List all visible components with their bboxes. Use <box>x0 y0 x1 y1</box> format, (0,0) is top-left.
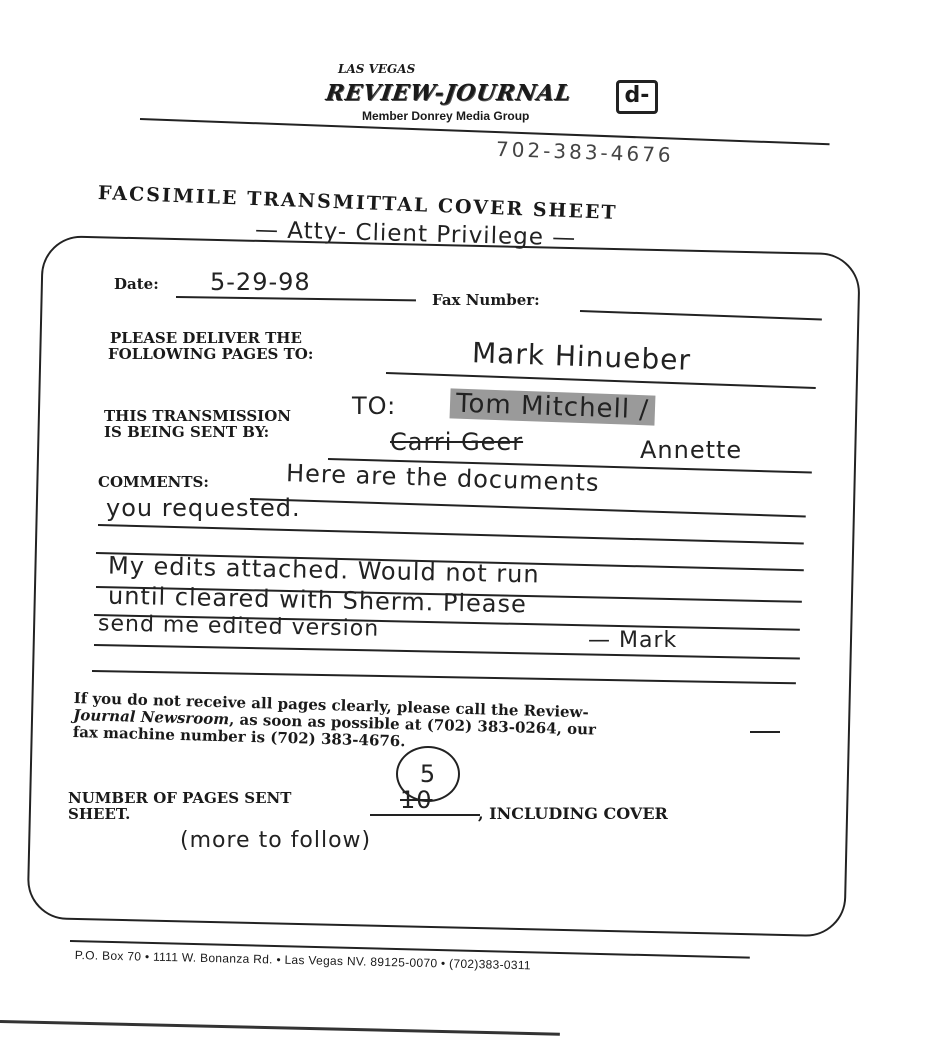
sender-label-line2: IS BEING SENT BY: <box>104 424 269 440</box>
comments-label: COMMENTS: <box>98 474 209 490</box>
sender-to-prefix: TO: <box>352 392 396 420</box>
date-label: Date: <box>114 276 159 292</box>
handwritten-phone: 702-383-4676 <box>496 137 674 167</box>
date-value[interactable]: 5-29-98 <box>210 268 311 296</box>
sender-struck-name: Carri Geer <box>390 428 523 456</box>
sender-value[interactable]: Annette <box>640 436 742 464</box>
notice-dash <box>750 731 780 733</box>
pages-note: (more to follow) <box>180 828 371 853</box>
scan-edge-line <box>0 1020 560 1036</box>
footer-address: P.O. Box 70 • 1111 W. Bonanza Rd. • Las … <box>75 948 531 972</box>
pages-struck-value[interactable]: 10 <box>400 786 433 814</box>
letterhead-city: LAS VEGAS <box>338 62 415 76</box>
deliver-label-line1: PLEASE DELIVER THE <box>110 330 302 346</box>
page-title: FACSIMILE TRANSMITTAL COVER SHEET <box>98 182 618 224</box>
fax-number-label: Fax Number: <box>432 292 540 308</box>
deliver-label-line2: FOLLOWING PAGES TO: <box>108 346 313 362</box>
pages-label: NUMBER OF PAGES SENT <box>68 790 291 806</box>
comments-text-6[interactable]: send me edited version <box>98 611 380 641</box>
letterhead-member: Member Donrey Media Group <box>362 109 529 123</box>
comments-text-2[interactable]: you requested. <box>106 494 301 522</box>
sender-label-line1: THIS TRANSMISSION <box>104 408 291 424</box>
donrey-logo-icon: d- <box>616 80 658 114</box>
pages-line <box>370 814 480 816</box>
pages-label-sheet: SHEET. <box>68 806 130 822</box>
pages-suffix: , INCLUDING COVER <box>478 806 668 822</box>
comments-signature[interactable]: — Mark <box>588 628 677 653</box>
letterhead-name: REVIEW-JOURNAL <box>324 80 573 106</box>
